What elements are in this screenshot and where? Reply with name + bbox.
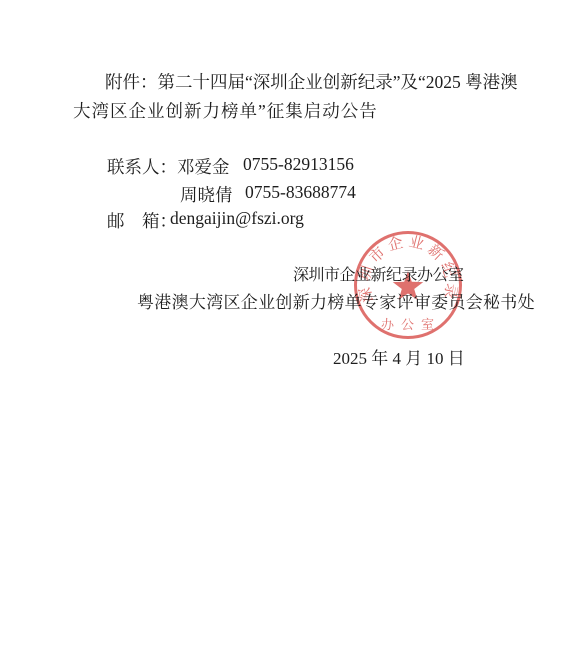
signing-date: 2025 年 4 月 10 日	[333, 348, 465, 369]
seal-bottom-text: 办公室	[381, 317, 441, 332]
email-label: 邮 箱：	[107, 208, 177, 233]
attachment-title-line2: 大湾区企业创新力榜单”征集启动公告	[73, 101, 378, 123]
contact-name-2: 周晓倩	[180, 182, 233, 207]
contact-row: 周晓倩 0755-83688774	[0, 182, 588, 206]
signing-org-2: 粤港澳大湾区企业创新力榜单专家评审委员会秘书处	[137, 292, 535, 313]
contact-row: 联系人： 邓爱金 0755-82913156	[0, 154, 588, 178]
email-row: 邮 箱： dengaijin@fszi.org	[0, 208, 588, 232]
contact-phone-2: 0755-83688774	[245, 182, 356, 203]
attachment-title-line1: 附件：第二十四届“深圳企业创新纪录”及“2025 粤港澳	[105, 72, 518, 94]
contact-label: 联系人：	[107, 154, 177, 179]
contact-phone-1: 0755-82913156	[243, 154, 354, 175]
document-page: 深圳市企业新纪录 办公室 附件：第二十四届“深圳企业创新纪录”及“2025 粤港…	[0, 0, 588, 672]
email-value: dengaijin@fszi.org	[170, 208, 304, 229]
contact-name-1: 邓爱金	[177, 154, 230, 179]
signing-org-1: 深圳市企业新纪录办公室	[293, 266, 464, 286]
